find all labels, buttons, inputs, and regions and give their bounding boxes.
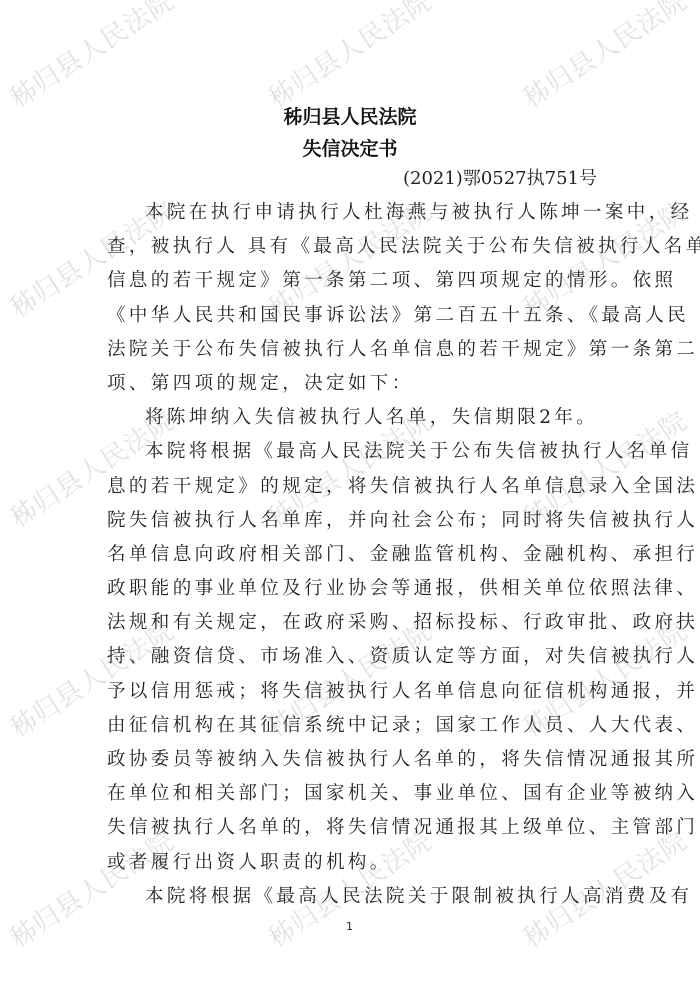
body-line: 法院关于公布失信被执行人名单信息的若干规定》第一条第二: [107, 333, 597, 367]
body-line: 《中华人民共和国民事诉讼法》第二百五十五条、《最高人民: [107, 299, 597, 333]
body-line: 将陈坤纳入失信被执行人名单，失信期限2年。: [107, 401, 597, 435]
case-number: (2021)鄂0527执751号: [403, 164, 597, 190]
body-line: 项、第四项的规定，决定如下：: [107, 367, 597, 401]
document-body: 本院在执行申请执行人杜海燕与被执行人陈坤一案中，经查，被执行人 具有《最高人民法…: [107, 196, 597, 914]
body-line: 名单信息向政府相关部门、金融监管机构、金融机构、承担行: [107, 538, 597, 572]
body-line: 失信被执行人名单的，将失信情况通报其上级单位、主管部门: [107, 811, 597, 845]
body-line: 在单位和相关部门；国家机关、事业单位、国有企业等被纳入: [107, 777, 597, 811]
body-line: 政职能的事业单位及行业协会等通报，供相关单位依照法律、: [107, 572, 597, 606]
body-line: 查，被执行人 具有《最高人民法院关于公布失信被执行人名单: [107, 230, 597, 264]
body-line: 信息的若干规定》第一条第二项、第四项规定的情形。依照: [107, 264, 597, 298]
document-page: 秭归县人民法院 失信决定书 (2021)鄂0527执751号 本院在执行申请执行…: [0, 0, 700, 989]
page-number: 1: [346, 920, 353, 933]
court-name-heading: 秭归县人民法院: [0, 102, 700, 129]
document-type-heading: 失信决定书: [0, 134, 700, 161]
body-line: 本院将根据《最高人民法院关于限制被执行人高消费及有: [107, 880, 597, 914]
body-line: 息的若干规定》的规定，将失信被执行人名单信息录入全国法: [107, 470, 597, 504]
body-line: 或者履行出资人职责的机构。: [107, 846, 597, 880]
body-line: 政协委员等被纳入失信被执行人名单的，将失信情况通报其所: [107, 743, 597, 777]
body-line: 予以信用惩戒；将失信被执行人名单信息向征信机构通报，并: [107, 675, 597, 709]
body-line: 院失信被执行人名单库，并向社会公布；同时将失信被执行人: [107, 504, 597, 538]
body-line: 本院将根据《最高人民法院关于公布失信被执行人名单信: [107, 435, 597, 469]
body-line: 由征信机构在其征信系统中记录；国家工作人员、人大代表、: [107, 709, 597, 743]
body-line: 本院在执行申请执行人杜海燕与被执行人陈坤一案中，经: [107, 196, 597, 230]
body-line: 持、融资信贷、市场准入、资质认定等方面，对失信被执行人: [107, 640, 597, 674]
body-line: 法规和有关规定，在政府采购、招标投标、行政审批、政府扶: [107, 606, 597, 640]
